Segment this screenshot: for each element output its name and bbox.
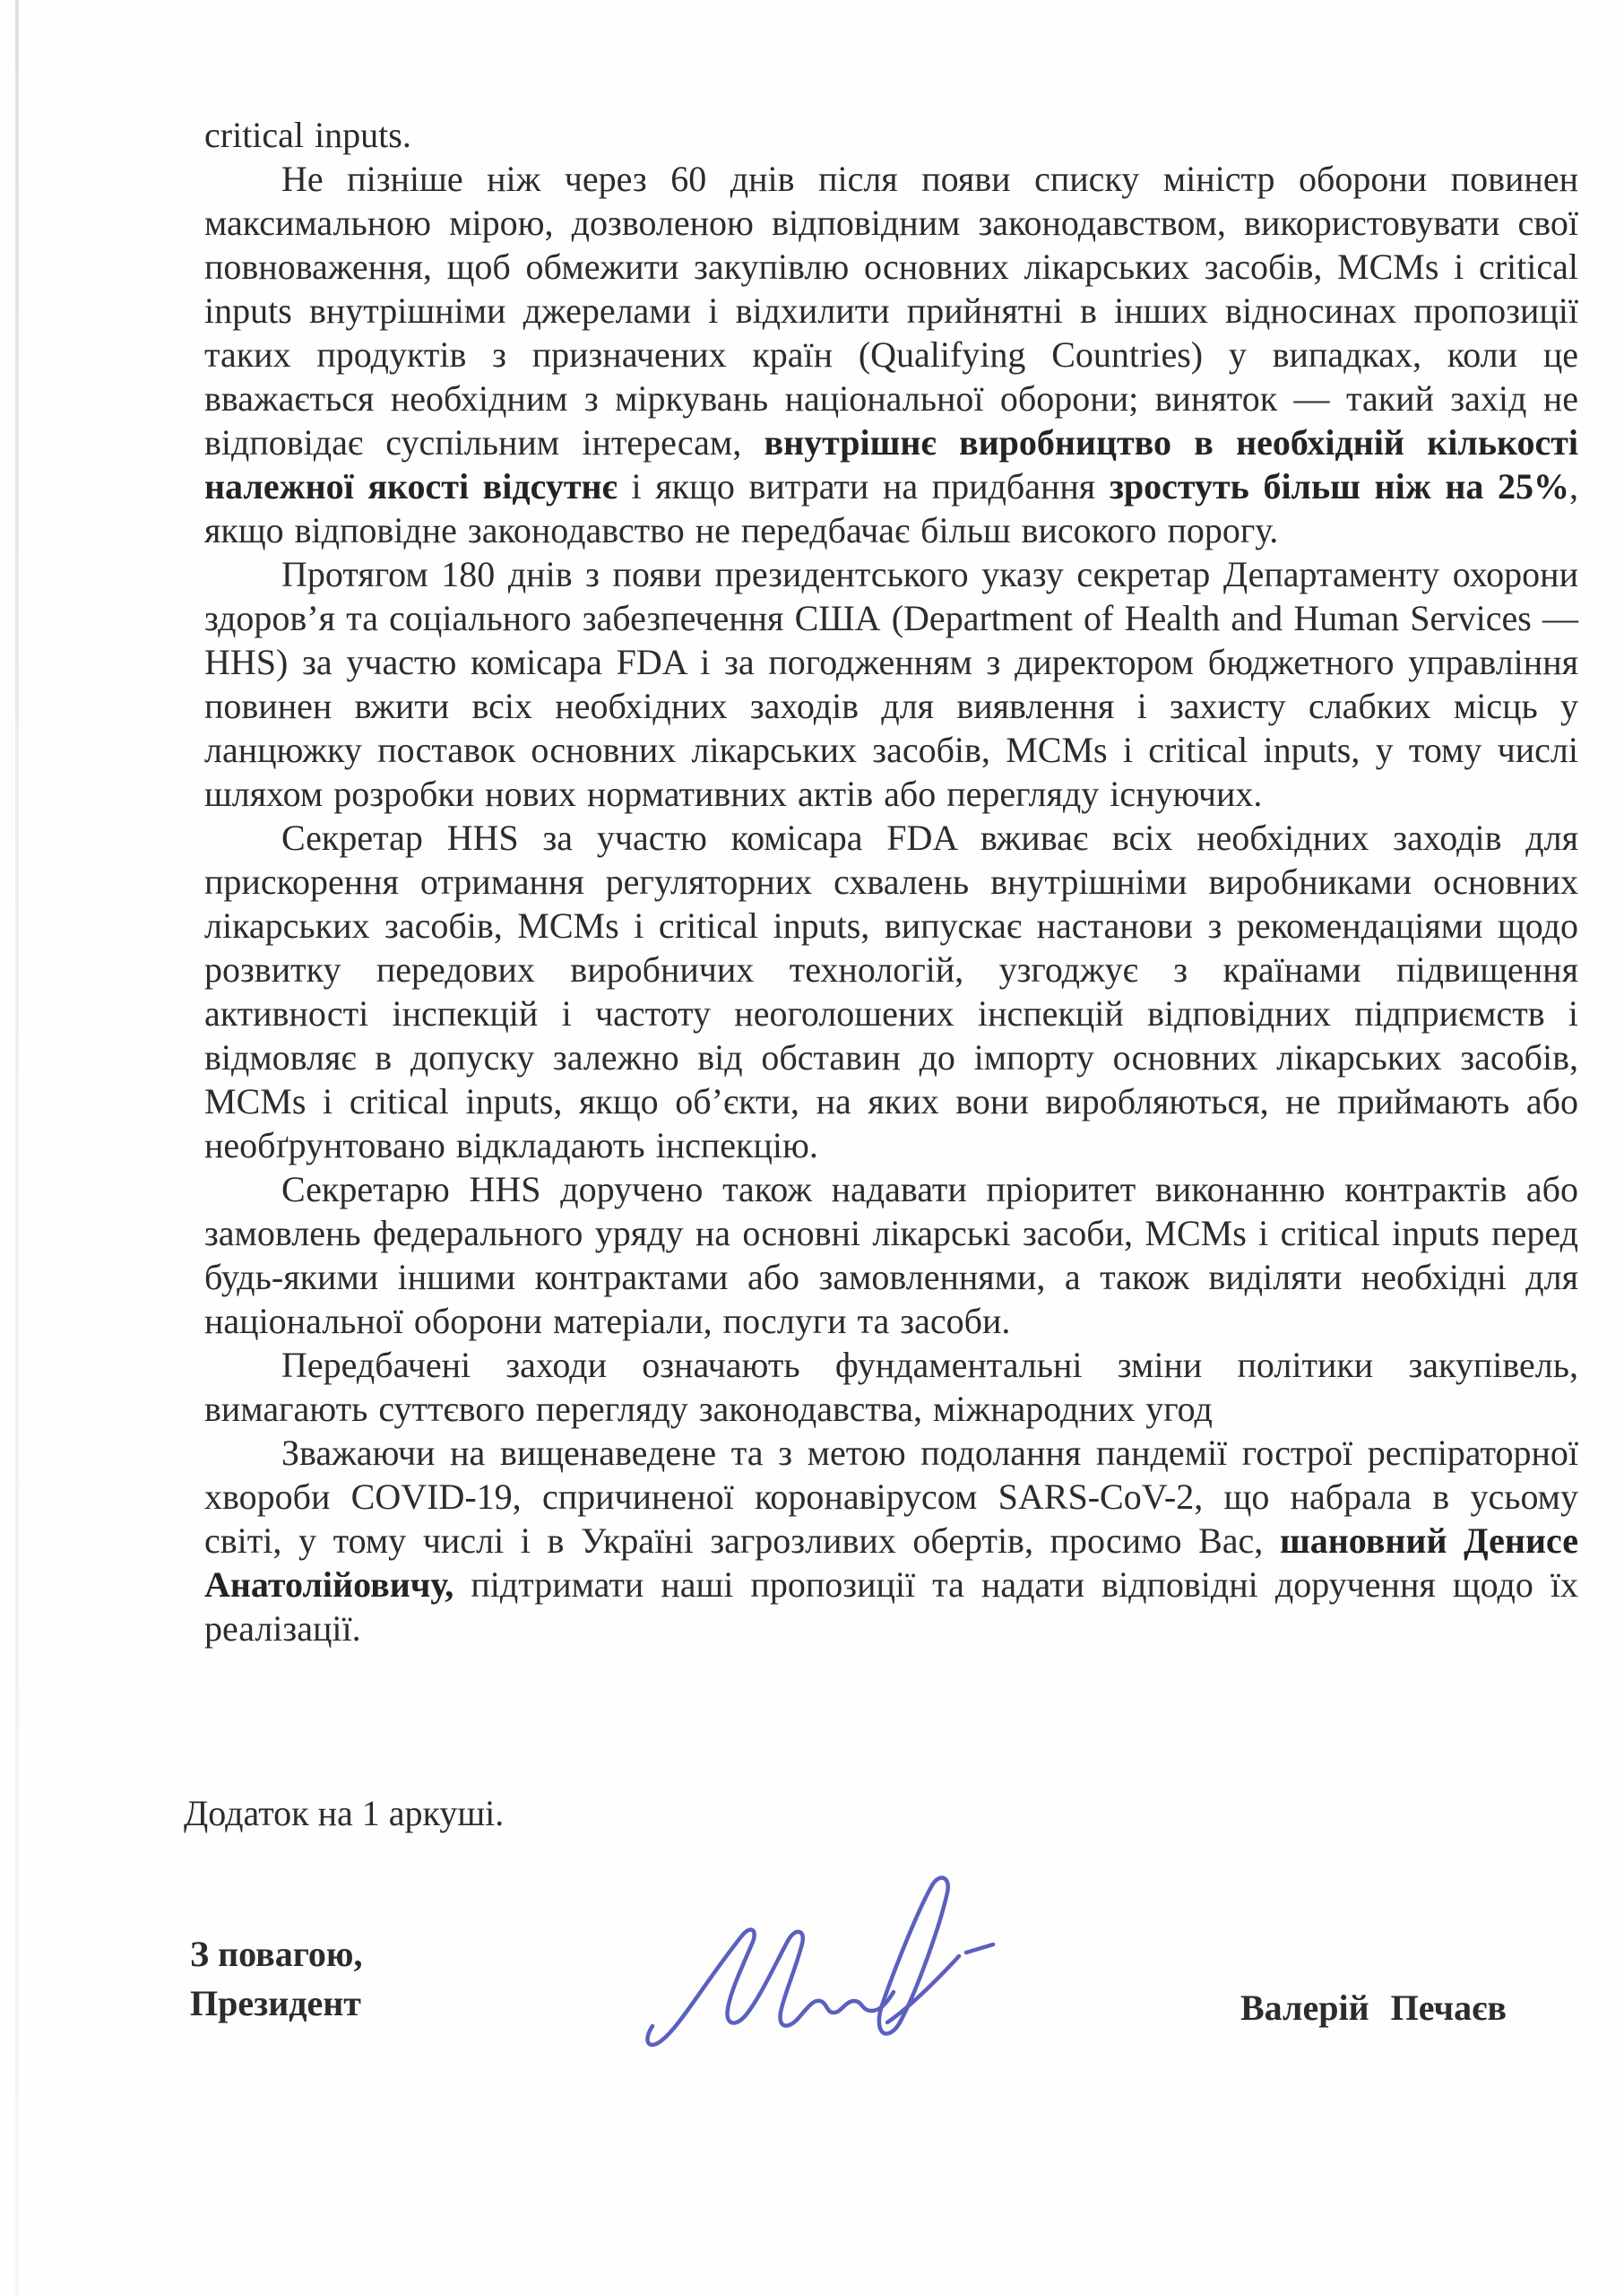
attachment-note: Додаток на 1 аркуші. xyxy=(184,1791,504,1835)
closing-title: Президент xyxy=(190,1979,363,2028)
paragraph: Передбачені заходи означають фундаментал… xyxy=(204,1343,1578,1431)
signature-scribble xyxy=(626,1840,1011,2064)
signer-name: Валерій Печаєв xyxy=(1240,1987,1531,2029)
paragraph: Не пізніше ніж через 60 днів після появи… xyxy=(204,157,1578,552)
letter-page: critical inputs. Не пізніше ніж через 60… xyxy=(0,0,1624,2295)
paragraph: Секретарю HHS доручено також надавати пр… xyxy=(204,1167,1578,1343)
letter-body: critical inputs. Не пізніше ніж через 60… xyxy=(204,113,1578,1650)
paragraph: Секретар HHS за участю комісара FDA вжив… xyxy=(204,816,1578,1167)
paragraph-continuation: critical inputs. xyxy=(204,113,1578,157)
closing-salutation: З повагою, xyxy=(190,1929,363,1979)
closing-block: З повагою, Президент xyxy=(190,1929,363,2028)
signature-stroke xyxy=(966,1944,993,1953)
scan-edge-line xyxy=(15,0,19,2295)
paragraph: Зважаючи на вищенаведене та з метою подо… xyxy=(204,1431,1578,1650)
paragraph: Протягом 180 днів з появи президентськог… xyxy=(204,552,1578,816)
signature-stroke xyxy=(647,1930,894,2045)
signature-stroke xyxy=(879,1878,948,2034)
